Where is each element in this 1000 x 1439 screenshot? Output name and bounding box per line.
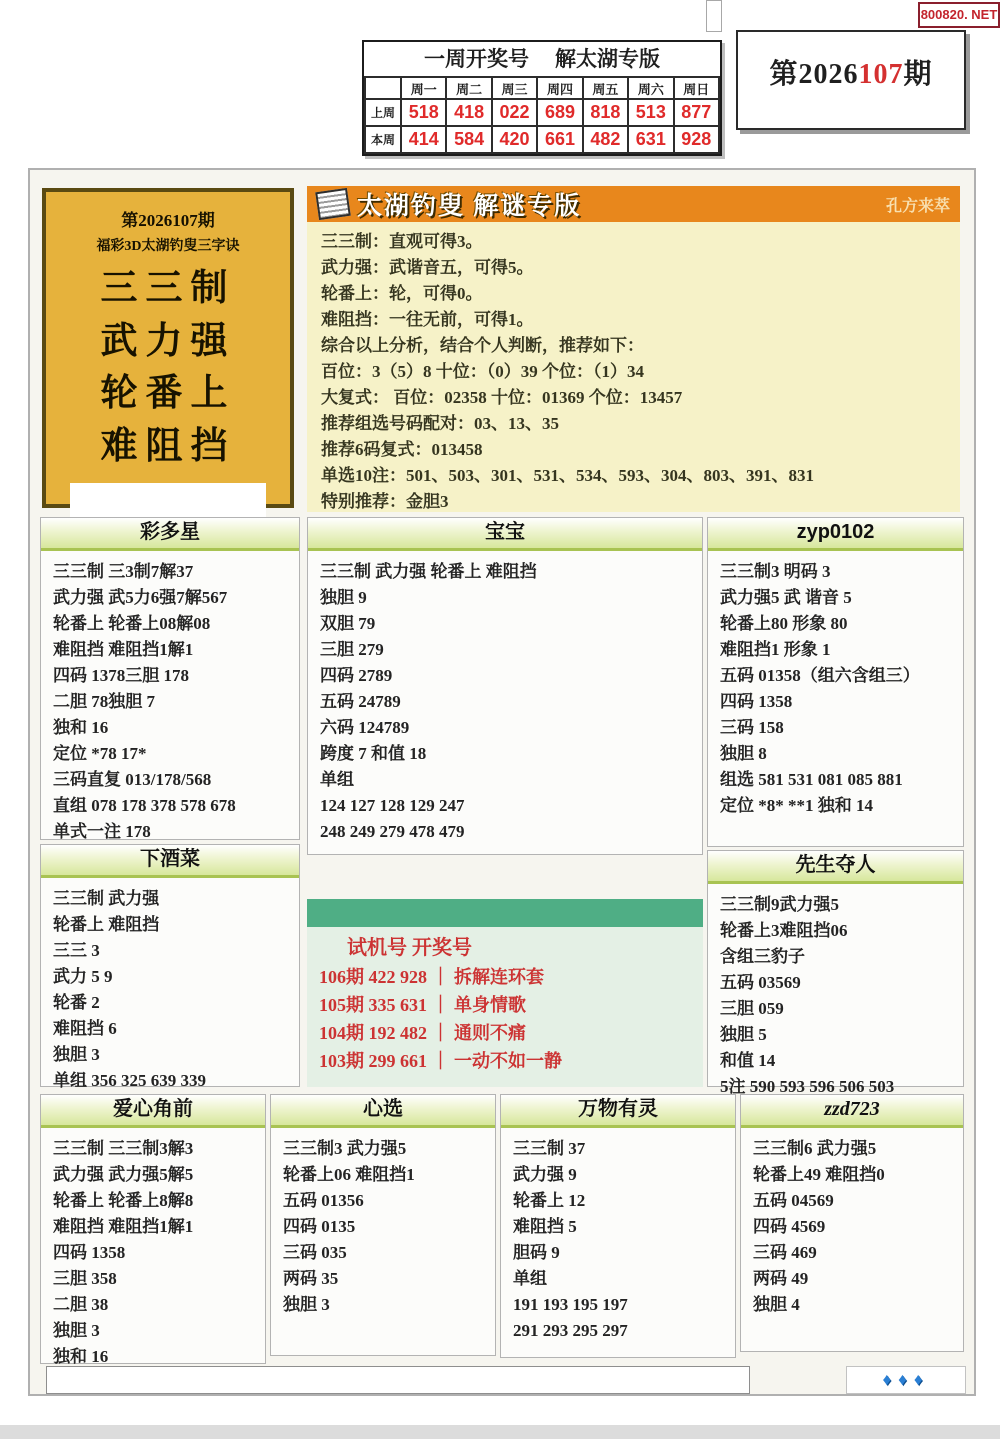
panel-line: 二胆 38: [53, 1292, 257, 1318]
panel-line: 五码 01356: [283, 1188, 487, 1214]
panel-baobao: 宝宝 三三制 武力强 轮番上 难阻挡独胆 9双胆 79三胆 279四码 2789…: [307, 517, 703, 855]
draw-number: 818: [583, 99, 628, 126]
trial-draw-body: 试机号 开奖号 106期 422 928 ｜ 拆解连环套105期 335 631…: [307, 927, 703, 1087]
panel-line: 轮番上 难阻挡: [53, 912, 291, 938]
day-header: 周四: [537, 77, 582, 99]
panel-line: 难阻挡 难阻挡1解1: [53, 637, 291, 663]
panel-body: 三三制 三三制3解3武力强 武力强5解5轮番上 轮番上8解8难阻挡 难阻挡1解1…: [41, 1128, 265, 1370]
week-title-right: 解太湖专版: [555, 47, 660, 71]
panel-line: 四码 1358: [53, 1240, 257, 1266]
gold-big-line: 轮番上: [46, 368, 290, 421]
panel-line: 和值 14: [720, 1048, 955, 1074]
panel-line: 武力强 武5力6强7解567: [53, 585, 291, 611]
panel-line: 四码 2789: [320, 663, 694, 689]
row-label: 上周: [365, 99, 401, 126]
taihu-title-right: 孔方来萃: [886, 193, 950, 216]
panel-body: 三三制 三3制7解37武力强 武5力6强7解567轮番上 轮番上08解08难阻挡…: [41, 551, 299, 845]
panel-line: 独胆 3: [53, 1318, 257, 1344]
taihu-title: 太湖钓叟 解谜专版: [357, 186, 581, 222]
panel-line: 独胆 5: [720, 1022, 955, 1048]
panel-line: 独胆 3: [283, 1292, 487, 1318]
day-header: 周二: [446, 77, 491, 99]
panel-xiansheng: 先生夺人 三三制9武力强5轮番上3难阻挡06含组三豹子五码 03569三胆 05…: [707, 850, 964, 1087]
panel-line: 独胆 9: [320, 585, 694, 611]
panel-line: 轮番上06 难阻挡1: [283, 1162, 487, 1188]
day-header: 周日: [674, 77, 719, 99]
page: 800820. NET 一周开奖号解太湖专版 周一 周二 周三 周四 周五 周六…: [0, 0, 1000, 1439]
panel-line: 胆码 9: [513, 1240, 727, 1266]
row-label: 本周: [365, 126, 401, 153]
panel-line: 三三制 37: [513, 1136, 727, 1162]
panel-body: 三三制6 武力强5轮番上49 难阻挡0五码 04569四码 4569三码 469…: [741, 1128, 963, 1318]
spacer-box: [706, 0, 722, 32]
trial-draw-title: 试机号 开奖号: [347, 933, 703, 963]
taihu-line: 推荐6码复式：013458: [321, 437, 960, 463]
panel-line: 三三制 三3制7解37: [53, 559, 291, 585]
trial-draw-lines: 106期 422 928 ｜ 拆解连环套105期 335 631 ｜ 单身情歌1…: [319, 963, 703, 1075]
week-table-title: 一周开奖号解太湖专版: [364, 42, 720, 76]
panel-line: 跨度 7 和值 18: [320, 741, 694, 767]
notepad-icon: [315, 188, 351, 220]
panel-line: 独胆 4: [753, 1292, 955, 1318]
panel-line: 六码 124789: [320, 715, 694, 741]
panel-line: 三三制6 武力强5: [753, 1136, 955, 1162]
panel-line: 三码 158: [720, 715, 955, 741]
draw-number: 414: [401, 126, 446, 153]
bottom-strip: [0, 1425, 1000, 1439]
week-row-thisweek: 本周 414 584 420 661 482 631 928: [365, 126, 719, 153]
panel-line: 248 249 279 478 479: [320, 819, 694, 845]
week-row-lastweek: 上周 518 418 022 689 818 513 877: [365, 99, 719, 126]
trial-draw-box: 试机号 开奖号 106期 422 928 ｜ 拆解连环套105期 335 631…: [307, 899, 703, 1087]
period-suffix: 期: [904, 59, 933, 90]
day-header: 周五: [583, 77, 628, 99]
taihu-line: 百位：3（5）8 十位：（0）39 个位：（1）34: [321, 359, 960, 385]
panel-line: 组选 581 531 081 085 881: [720, 767, 955, 793]
draw-number: 877: [674, 99, 719, 126]
trial-draw-line: 103期 299 661 ｜ 一动不如一静: [319, 1047, 703, 1075]
panel-line: 武力 5 9: [53, 964, 291, 990]
gold-sub-line: 福彩3D太湖钓叟三字诀: [46, 235, 290, 255]
panel-line: 难阻挡 6: [53, 1016, 291, 1042]
panel-line: 难阻挡 难阻挡1解1: [53, 1214, 257, 1240]
panel-line: 武力强 武力强5解5: [53, 1162, 257, 1188]
draw-number: 513: [628, 99, 673, 126]
main-panel: 第2026107期 福彩3D太湖钓叟三字诀 三三制武力强轮番上难阻挡 太湖钓叟 …: [28, 168, 976, 1396]
site-badge: 800820. NET: [918, 2, 1000, 28]
draw-number: 418: [446, 99, 491, 126]
period-prefix: 第2026: [769, 59, 858, 90]
diamond-icons: ♦♦♦: [882, 1370, 929, 1389]
panel-line: 难阻挡1 形象 1: [720, 637, 955, 663]
panel-line: 四码 4569: [753, 1214, 955, 1240]
panel-title: zzd723: [741, 1095, 963, 1128]
panel-line: 四码 1358: [720, 689, 955, 715]
panel-line: 五码 03569: [720, 970, 955, 996]
panel-line: 五码 04569: [753, 1188, 955, 1214]
panel-title: 心选: [271, 1095, 495, 1128]
panel-title: 宝宝: [308, 518, 702, 551]
panel-zzd723: zzd723 三三制6 武力强5轮番上49 难阻挡0五码 04569四码 456…: [740, 1094, 964, 1352]
week-title-left: 一周开奖号: [424, 47, 529, 71]
panel-line: 轮番上 12: [513, 1188, 727, 1214]
taihu-line: 大复式： 百位：02358 十位：01369 个位：13457: [321, 385, 960, 411]
panel-line: 含组三豹子: [720, 944, 955, 970]
week-results-box: 一周开奖号解太湖专版 周一 周二 周三 周四 周五 周六 周日 上周 518 4…: [362, 40, 722, 156]
draw-number: 420: [492, 126, 537, 153]
panel-caiduoxing: 彩多星 三三制 三3制7解37武力强 武5力6强7解567轮番上 轮番上08解0…: [40, 517, 300, 840]
period-box: 第2026107期: [736, 30, 966, 130]
gold-big-lines: 三三制武力强轮番上难阻挡: [46, 263, 290, 473]
taihu-line: 特别推荐：金胆3: [321, 489, 960, 515]
trial-draw-line: 105期 335 631 ｜ 单身情歌: [319, 991, 703, 1019]
panel-zyp0102: zyp0102 三三制3 明码 3武力强5 武 谐音 5轮番上80 形象 80难…: [707, 517, 964, 847]
panel-body: 三三制3 明码 3武力强5 武 谐音 5轮番上80 形象 80难阻挡1 形象 1…: [708, 551, 963, 819]
panel-line: 291 293 295 297: [513, 1318, 727, 1344]
panel-line: 三三制3 明码 3: [720, 559, 955, 585]
taihu-line: 武力强：武谐音五，可得5。: [321, 255, 960, 281]
panel-line: 独胆 3: [53, 1042, 291, 1068]
gold-big-line: 难阻挡: [46, 421, 290, 474]
trial-draw-header-bar: [307, 899, 703, 927]
week-table-header-row: 周一 周二 周三 周四 周五 周六 周日: [365, 77, 719, 99]
panel-title: 彩多星: [41, 518, 299, 551]
taihu-body: 三三制：直观可得3。武力强：武谐音五，可得5。轮番上：轮，可得0。难阻挡：一往无…: [307, 222, 960, 512]
draw-number: 689: [537, 99, 582, 126]
taihu-header: 太湖钓叟 解谜专版 孔方来萃: [307, 186, 960, 222]
taihu-line: 三三制：直观可得3。: [321, 229, 960, 255]
panel-xiajiucai: 下酒菜 三三制 武力强轮番上 难阻挡三三 3武力 5 9轮番 2难阻挡 6独胆 …: [40, 844, 300, 1087]
panel-line: 五码 24789: [320, 689, 694, 715]
trial-draw-line: 104期 192 482 ｜ 通则不痛: [319, 1019, 703, 1047]
panel-body: 三三制 37武力强 9轮番上 12难阻挡 5胆码 9单组191 193 195 …: [501, 1128, 735, 1344]
gold-riddle-box: 第2026107期 福彩3D太湖钓叟三字诀 三三制武力强轮番上难阻挡: [42, 188, 294, 508]
panel-line: 三三制9武力强5: [720, 892, 955, 918]
panel-title: 万物有灵: [501, 1095, 735, 1128]
gold-big-line: 三三制: [46, 263, 290, 316]
panel-line: 二胆 78独胆 7: [53, 689, 291, 715]
week-table: 周一 周二 周三 周四 周五 周六 周日 上周 518 418 022 689 …: [364, 76, 720, 154]
period-text: 第2026107期: [738, 52, 964, 92]
panel-line: 三码 035: [283, 1240, 487, 1266]
panel-line: 定位 *78 17*: [53, 741, 291, 767]
panel-line: 难阻挡 5: [513, 1214, 727, 1240]
panel-line: 直组 078 178 378 578 678: [53, 793, 291, 819]
panel-body: 三三制 武力强轮番上 难阻挡三三 3武力 5 9轮番 2难阻挡 6独胆 3单组 …: [41, 878, 299, 1094]
panel-line: 四码 0135: [283, 1214, 487, 1240]
panel-line: 独和 16: [53, 715, 291, 741]
panel-line: 191 193 195 197: [513, 1292, 727, 1318]
panel-line: 五码 01358（组六含组三）: [720, 663, 955, 689]
panel-title: 爱心角前: [41, 1095, 265, 1128]
panel-line: 三三制 三三制3解3: [53, 1136, 257, 1162]
panel-line: 双胆 79: [320, 611, 694, 637]
panel-line: 轮番上 轮番上08解08: [53, 611, 291, 637]
panel-line: 三胆 279: [320, 637, 694, 663]
draw-number: 482: [583, 126, 628, 153]
day-header: 周六: [628, 77, 673, 99]
panel-body: 三三制3 武力强5轮番上06 难阻挡1五码 01356四码 0135三码 035…: [271, 1128, 495, 1318]
taihu-line: 轮番上：轮，可得0。: [321, 281, 960, 307]
panel-line: 三三 3: [53, 938, 291, 964]
panel-title: 先生夺人: [708, 851, 963, 884]
panel-title: 下酒菜: [41, 845, 299, 878]
gold-period-line: 第2026107期: [46, 206, 290, 231]
taihu-line: 综合以上分析，结合个人判断，推荐如下：: [321, 333, 960, 359]
taihu-line: 单选10注：501、503、301、531、534、593、304、803、39…: [321, 463, 960, 489]
draw-number: 928: [674, 126, 719, 153]
draw-number: 584: [446, 126, 491, 153]
taihu-block: 太湖钓叟 解谜专版 孔方来萃 三三制：直观可得3。武力强：武谐音五，可得5。轮番…: [307, 186, 960, 512]
panel-line: 单组 356 325 639 339: [53, 1068, 291, 1094]
draw-number: 518: [401, 99, 446, 126]
panel-line: 武力强5 武 谐音 5: [720, 585, 955, 611]
day-header: 周一: [401, 77, 446, 99]
panel-line: 独胆 8: [720, 741, 955, 767]
panel-line: 轮番上49 难阻挡0: [753, 1162, 955, 1188]
panel-line: 三胆 059: [720, 996, 955, 1022]
panel-line: 两码 49: [753, 1266, 955, 1292]
panel-line: 三三制 武力强: [53, 886, 291, 912]
period-issue: 107: [859, 59, 904, 90]
gold-big-line: 武力强: [46, 316, 290, 369]
panel-line: 轮番上3难阻挡06: [720, 918, 955, 944]
panel-line: 定位 *8* **1 独和 14: [720, 793, 955, 819]
taihu-line: 难阻挡：一往无前，可得1。: [321, 307, 960, 333]
footer-input[interactable]: [46, 1366, 750, 1394]
diamond-box: ♦♦♦: [846, 1366, 966, 1394]
draw-number: 631: [628, 126, 673, 153]
panel-line: 单式一注 178: [53, 819, 291, 845]
taihu-line: 推荐组选号码配对：03、13、35: [321, 411, 960, 437]
panel-aixin: 爱心角前 三三制 三三制3解3武力强 武力强5解5轮番上 轮番上8解8难阻挡 难…: [40, 1094, 266, 1364]
panel-line: 轮番上80 形象 80: [720, 611, 955, 637]
panel-line: 三三制 武力强 轮番上 难阻挡: [320, 559, 694, 585]
panel-line: 两码 35: [283, 1266, 487, 1292]
panel-line: 轮番上 轮番上8解8: [53, 1188, 257, 1214]
panel-body: 三三制9武力强5轮番上3难阻挡06含组三豹子五码 03569三胆 059独胆 5…: [708, 884, 963, 1100]
panel-xinxuan: 心选 三三制3 武力强5轮番上06 难阻挡1五码 01356四码 0135三码 …: [270, 1094, 496, 1356]
panel-line: 三码直复 013/178/568: [53, 767, 291, 793]
panel-line: 三胆 358: [53, 1266, 257, 1292]
trial-draw-line: 106期 422 928 ｜ 拆解连环套: [319, 963, 703, 991]
panel-line: 轮番 2: [53, 990, 291, 1016]
draw-number: 022: [492, 99, 537, 126]
panel-line: 三三制3 武力强5: [283, 1136, 487, 1162]
panel-line: 武力强 9: [513, 1162, 727, 1188]
panel-line: 单组: [513, 1266, 727, 1292]
panel-wanwu: 万物有灵 三三制 37武力强 9轮番上 12难阻挡 5胆码 9单组191 193…: [500, 1094, 736, 1358]
draw-number: 661: [537, 126, 582, 153]
week-corner-cell: [365, 77, 401, 99]
panel-body: 三三制 武力强 轮番上 难阻挡独胆 9双胆 79三胆 279四码 2789五码 …: [308, 551, 702, 845]
panel-title: zyp0102: [708, 518, 963, 551]
day-header: 周三: [492, 77, 537, 99]
panel-line: 124 127 128 129 247: [320, 793, 694, 819]
panel-line: 四码 1378三胆 178: [53, 663, 291, 689]
panel-line: 三码 469: [753, 1240, 955, 1266]
panel-line: 单组: [320, 767, 694, 793]
